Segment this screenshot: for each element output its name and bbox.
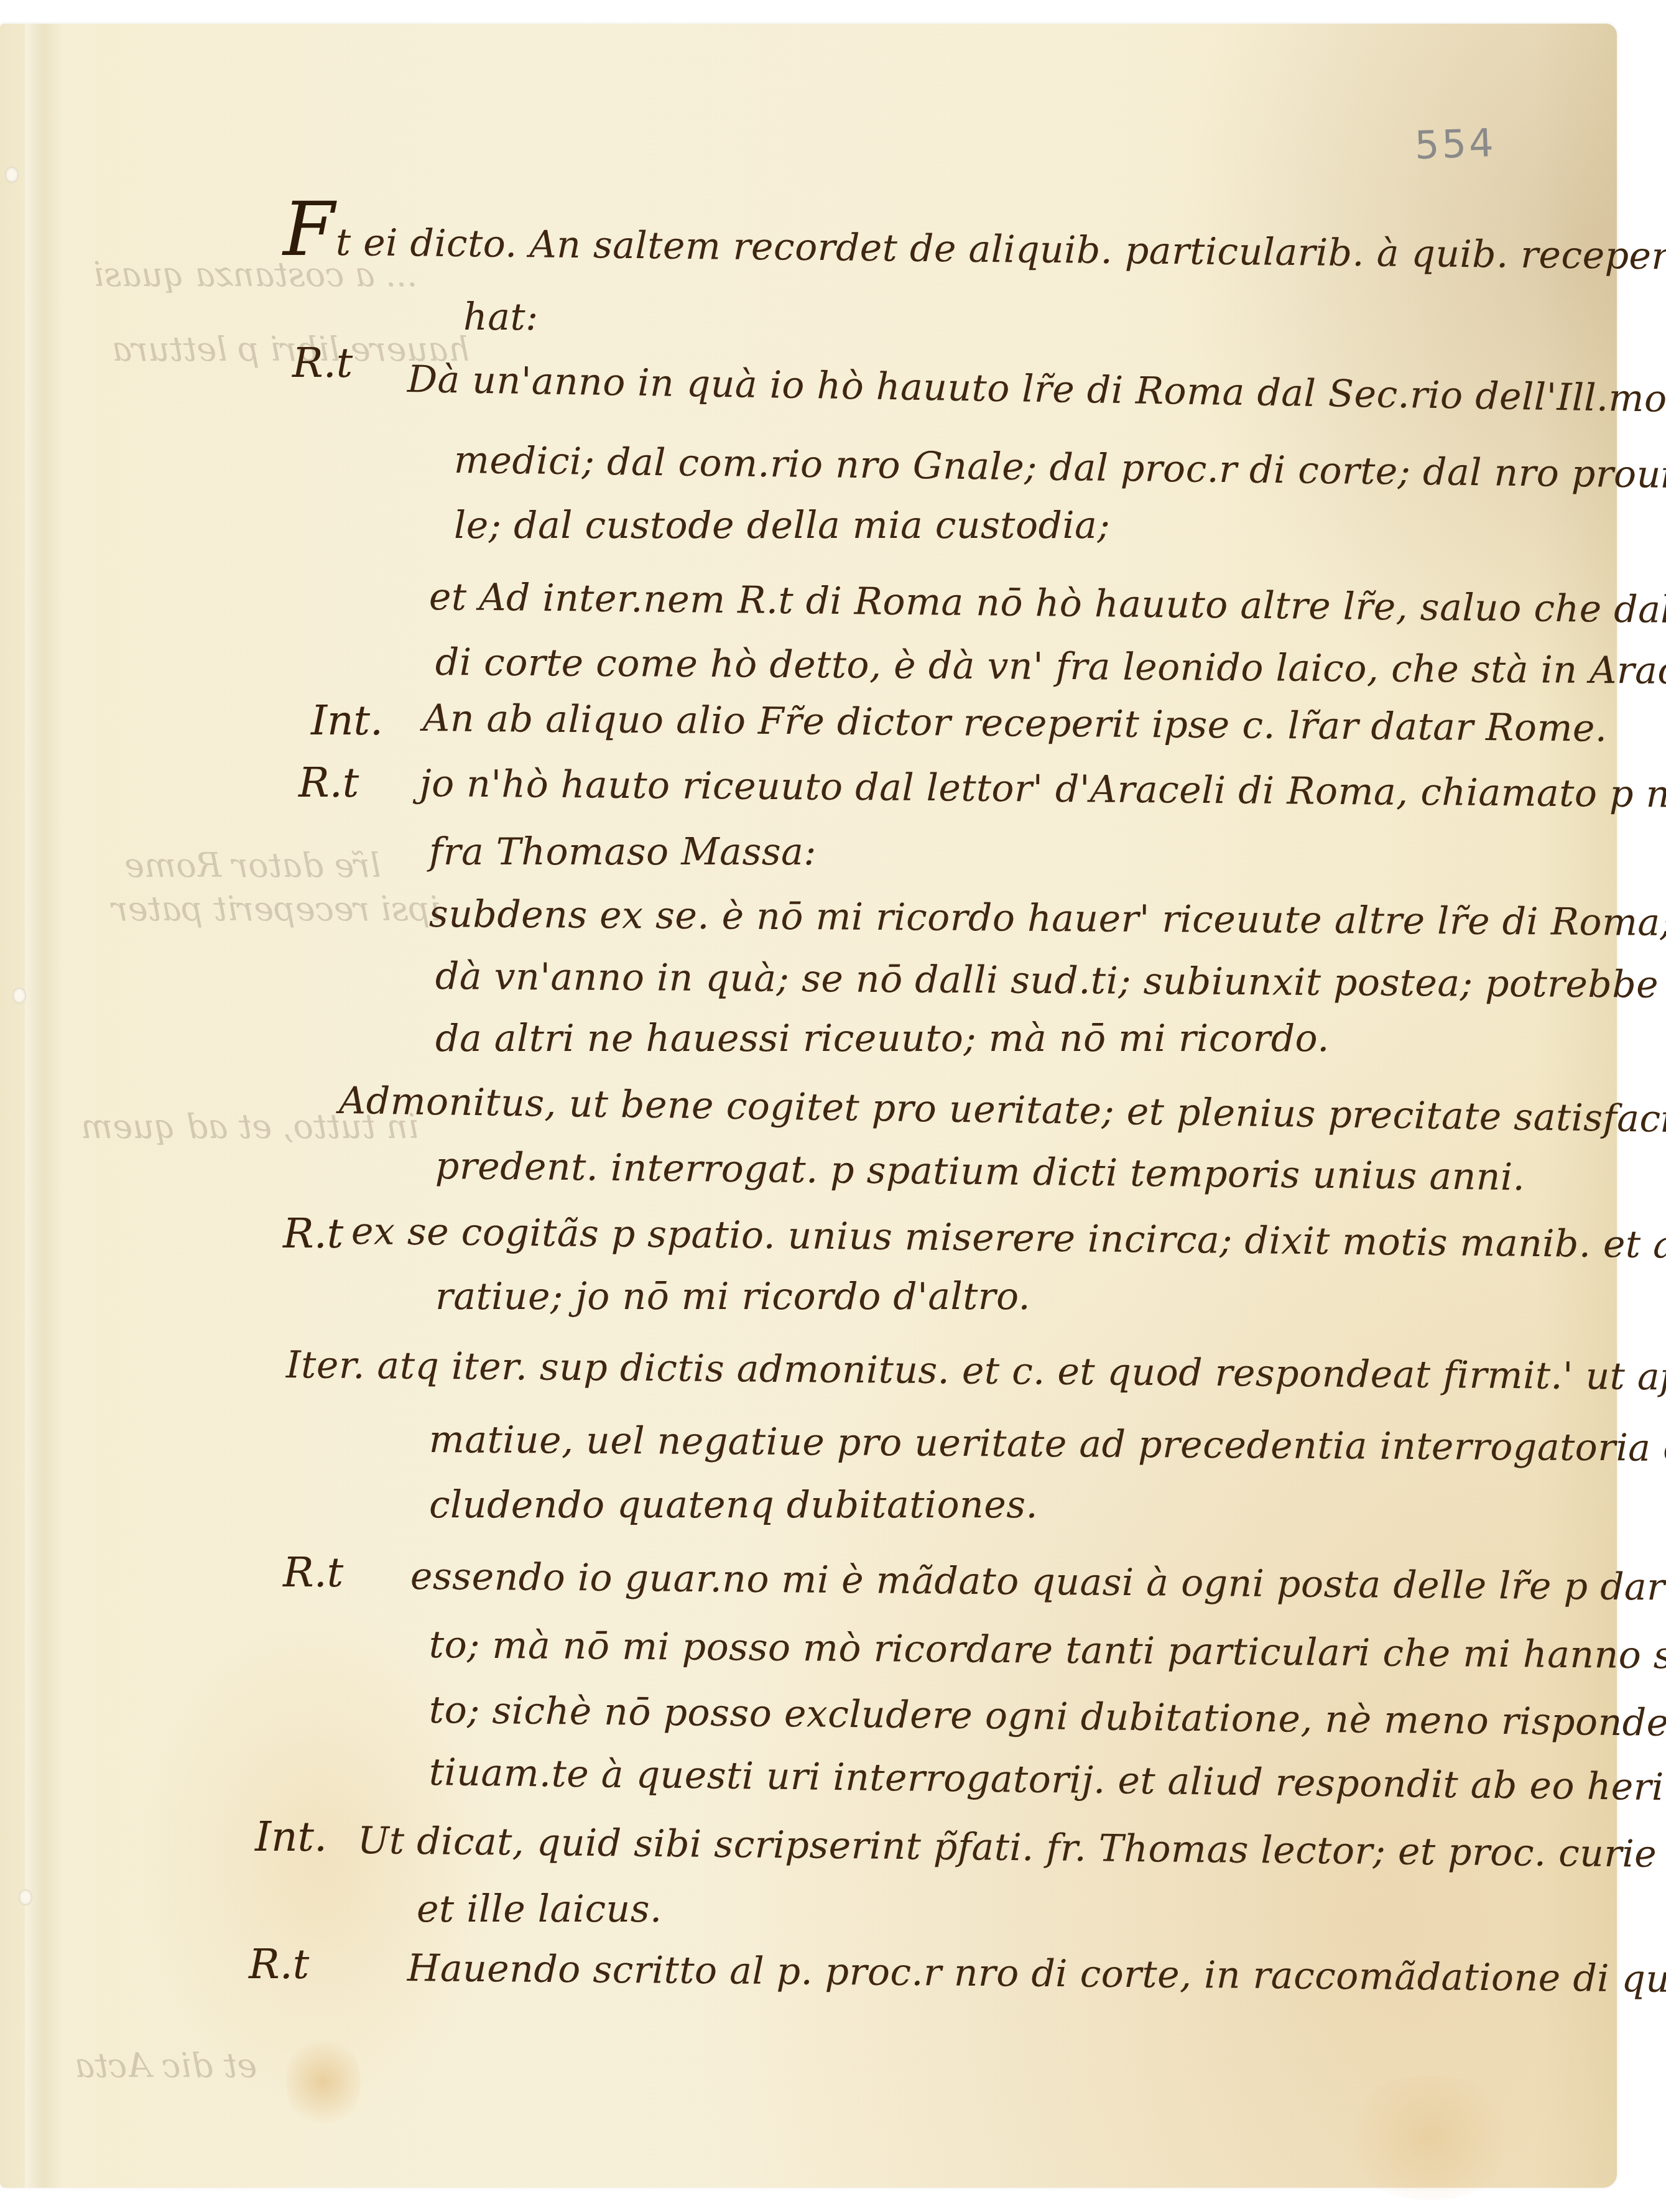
margin-label-interrogatio: Int. [311,696,383,744]
foxing-stain [1337,2076,1524,2200]
manuscript-line: di corte come hò detto, è dà vn' fra leo… [435,641,1666,693]
manuscript-line: fra Thomaso Massa: [429,830,817,874]
margin-label-response: R.t [298,759,359,807]
decorated-initial: F [283,187,335,273]
show-through-text: et dic Acta [75,2046,257,2085]
binding-hole [12,988,26,1004]
margin-label-interrogatio: Int. [255,1813,327,1861]
manuscript-line: hat: [463,295,539,339]
manuscript-line: le; dal custode della mia custodia; [454,504,1110,547]
manuscript-line: cludendo quatenq dubitationes. [429,1483,1038,1527]
margin-label-response: R.t [249,1940,309,1988]
manuscript-line: subdens ex se. è nō mi ricordo hauer' ri… [429,892,1666,945]
manuscript-line: da altri ne hauessi riceuuto; mà nō mi r… [435,1017,1330,1060]
folio-number: 554 [1414,120,1497,169]
manuscript-line: dà vn'anno in quà; se nō dalli sud.ti; s… [435,955,1666,1007]
show-through-text: ipsi receperit pater [112,889,441,928]
margin-label-response: R.t [283,1548,343,1596]
manuscript-line: et ille laicus. [417,1887,662,1931]
manuscript-line: ratiue; jo nō mi ricordo d'altro. [435,1275,1030,1318]
foxing-stain [286,2032,361,2132]
show-through-text: lr̃e dator Rome [124,846,381,885]
margin-label-response: R.t [283,1210,343,1257]
manuscript-line: matiue, uel negatiue pro ueritate ad pre… [429,1418,1666,1470]
margin-label-response: R.t [292,339,353,387]
binding-hole [19,1889,32,1905]
binding-hole [5,167,19,183]
